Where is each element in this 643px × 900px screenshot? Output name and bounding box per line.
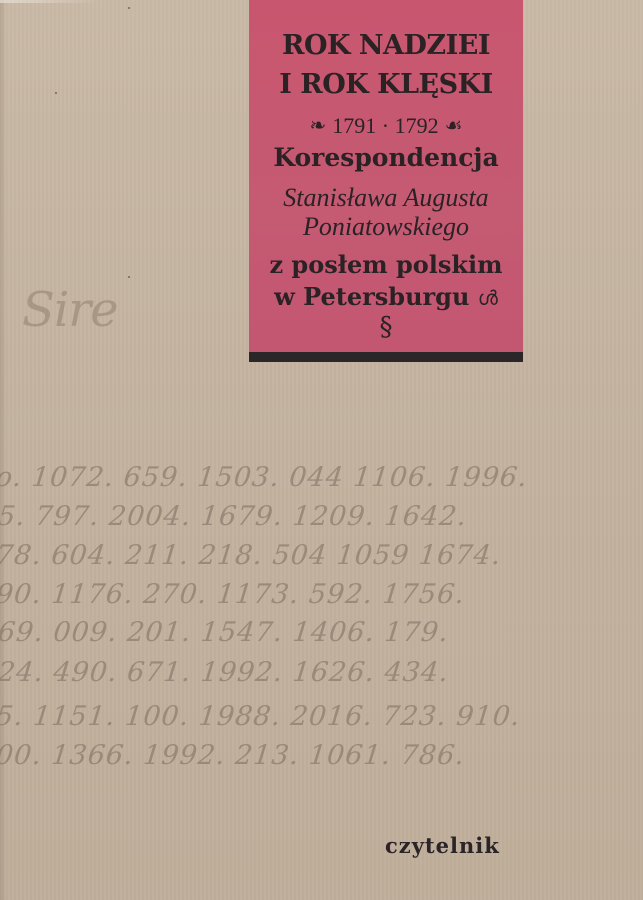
- top-edge-wear: [0, 0, 100, 3]
- title-line-1: ROK NADZIEI: [249, 30, 523, 61]
- cipher-line: 5. 797. 2004. 1679. 1209. 1642.: [0, 501, 469, 532]
- speck: [128, 276, 130, 278]
- subtitle-line-5: w Petersburgu: [274, 282, 469, 311]
- years-row: ❧ 1791 · 1792 ☙: [249, 113, 523, 139]
- subtitle-line-4: z posłem polskim: [249, 250, 523, 279]
- bottom-ornament-icon: §: [249, 312, 523, 342]
- ornament-right-icon: ☙: [445, 116, 463, 136]
- cipher-line: 5. 1151. 100. 1988. 2016. 723. 910.: [0, 701, 522, 732]
- subtitle-line-5-row: w Petersburgu ൾ: [249, 282, 523, 311]
- publisher-name: czytelnik: [385, 833, 500, 858]
- years: 1791 · 1792: [332, 113, 438, 139]
- flourish-icon: ൾ: [478, 286, 498, 310]
- speck: [128, 7, 130, 9]
- book-cover: Sire o. 1072. 659. 1503. 044 1106. 1996.…: [0, 0, 643, 900]
- cipher-line: 78. 604. 211. 218. 504 1059 1674.: [0, 540, 503, 571]
- speck: [55, 92, 57, 94]
- subtitle-line-3: Poniatowskiego: [249, 212, 523, 242]
- cipher-line: 00. 1366. 1992. 213. 1061. 786.: [0, 740, 467, 771]
- subtitle-line-2: Stanisława Augusta: [249, 183, 523, 213]
- ornament-left-icon: ❧: [309, 116, 326, 136]
- title-panel-bar: [249, 352, 523, 362]
- cipher-line: o. 1072. 659. 1503. 044 1106. 1996.: [0, 462, 529, 493]
- title-panel: ROK NADZIEI I ROK KLĘSKI ❧ 1791 · 1792 ☙…: [249, 0, 523, 352]
- handwritten-salutation: Sire: [22, 282, 118, 338]
- cipher-line: 69. 009. 201. 1547. 1406. 179.: [0, 617, 450, 648]
- title-line-2: I ROK KLĘSKI: [249, 69, 523, 100]
- cipher-line: 90. 1176. 270. 1173. 592. 1756.: [0, 579, 467, 610]
- subtitle-line-1: Korespondencja: [249, 143, 523, 172]
- cipher-line: 24. 490. 671. 1992. 1626. 434.: [0, 657, 450, 688]
